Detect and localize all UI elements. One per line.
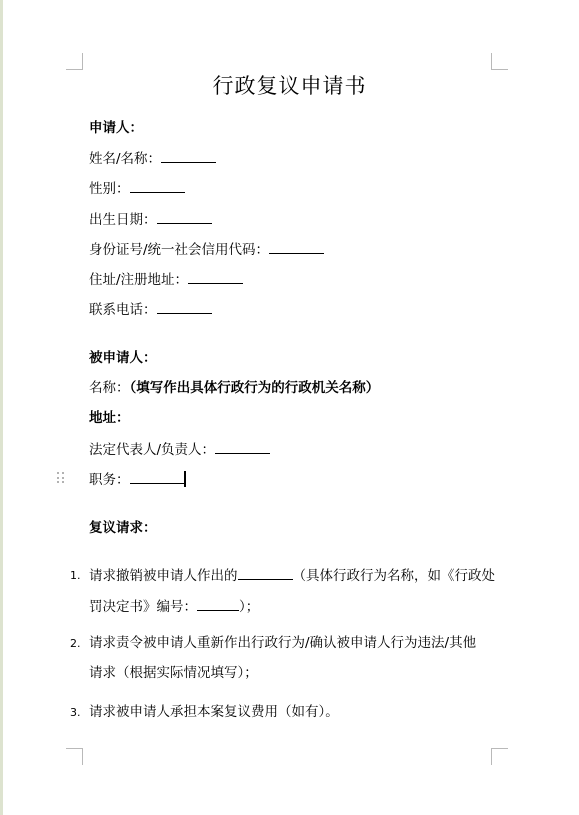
field-label: 性别： (89, 181, 130, 197)
request-text: （具体行政行为名称，如《行政处 (293, 568, 496, 584)
request-item-1-line-2[interactable]: 罚决定书》编号：）； (89, 597, 259, 616)
fill-blank[interactable] (157, 300, 212, 314)
list-number: 3. (70, 704, 81, 722)
fill-blank[interactable] (215, 440, 270, 454)
margin-corner-mark-bottom-right (491, 748, 508, 765)
list-number: 2. (70, 635, 81, 653)
respondent-name-field[interactable]: 名称：（填写作出具体行政行为的行政机关名称） (89, 379, 379, 397)
fill-blank[interactable] (130, 470, 185, 484)
request-item-1-line-1[interactable]: 请求撤销被申请人作出的（具体行政行为名称，如《行政处 (89, 566, 495, 585)
fill-blank[interactable] (269, 240, 324, 254)
paragraph-drag-handle-icon[interactable] (57, 472, 65, 484)
document-title[interactable]: 行政复议申请书 (0, 70, 579, 100)
text-cursor (184, 471, 186, 487)
applicant-gender-field[interactable]: 性别： (89, 179, 185, 198)
field-label: 法定代表人/负责人： (89, 442, 215, 458)
applicant-id-field[interactable]: 身份证号/统一社会信用代码： (89, 240, 324, 259)
field-label: 名称： (89, 380, 130, 396)
field-label: 住址/注册地址： (89, 272, 188, 288)
fill-blank[interactable] (161, 149, 216, 163)
request-item-2-line-2[interactable]: 请求（根据实际情况填写）； (89, 664, 258, 682)
field-label: 职务： (89, 472, 130, 488)
fill-blank[interactable] (130, 179, 185, 193)
request-text: 罚决定书》编号： (89, 599, 197, 615)
fill-blank[interactable] (197, 597, 239, 611)
respondent-heading[interactable]: 被申请人： (89, 349, 157, 367)
applicant-birthdate-field[interactable]: 出生日期： (89, 210, 212, 229)
request-text: ）； (239, 599, 259, 615)
request-text: 请求撤销被申请人作出的 (89, 568, 238, 584)
fill-blank[interactable] (238, 566, 293, 580)
field-label: 姓名/名称： (89, 151, 161, 167)
margin-corner-mark-bottom-left (66, 748, 83, 765)
requests-heading[interactable]: 复议请求： (89, 519, 157, 537)
field-label: 身份证号/统一社会信用代码： (89, 242, 269, 258)
applicant-phone-field[interactable]: 联系电话： (89, 300, 212, 319)
field-hint: （填写作出具体行政行为的行政机关名称） (130, 380, 380, 396)
request-item-3-line-1[interactable]: 请求被申请人承担本案复议费用（如有）。 (89, 703, 339, 721)
applicant-name-field[interactable]: 姓名/名称： (89, 149, 216, 168)
applicant-heading[interactable]: 申请人： (89, 119, 143, 137)
margin-corner-mark-top-left (66, 53, 83, 70)
applicant-address-field[interactable]: 住址/注册地址： (89, 270, 243, 289)
respondent-position-field[interactable]: 职务： (89, 470, 186, 489)
field-label: 出生日期： (89, 212, 157, 228)
fill-blank[interactable] (188, 270, 243, 284)
field-label: 联系电话： (89, 302, 157, 318)
respondent-legal-rep-field[interactable]: 法定代表人/负责人： (89, 440, 270, 459)
margin-corner-mark-top-right (491, 53, 508, 70)
request-item-2-line-1[interactable]: 请求责令被申请人重新作出行政行为/确认被申请人行为违法/其他 (89, 634, 476, 652)
list-number: 1. (70, 567, 81, 585)
fill-blank[interactable] (157, 210, 212, 224)
respondent-address-label[interactable]: 地址： (89, 409, 130, 427)
